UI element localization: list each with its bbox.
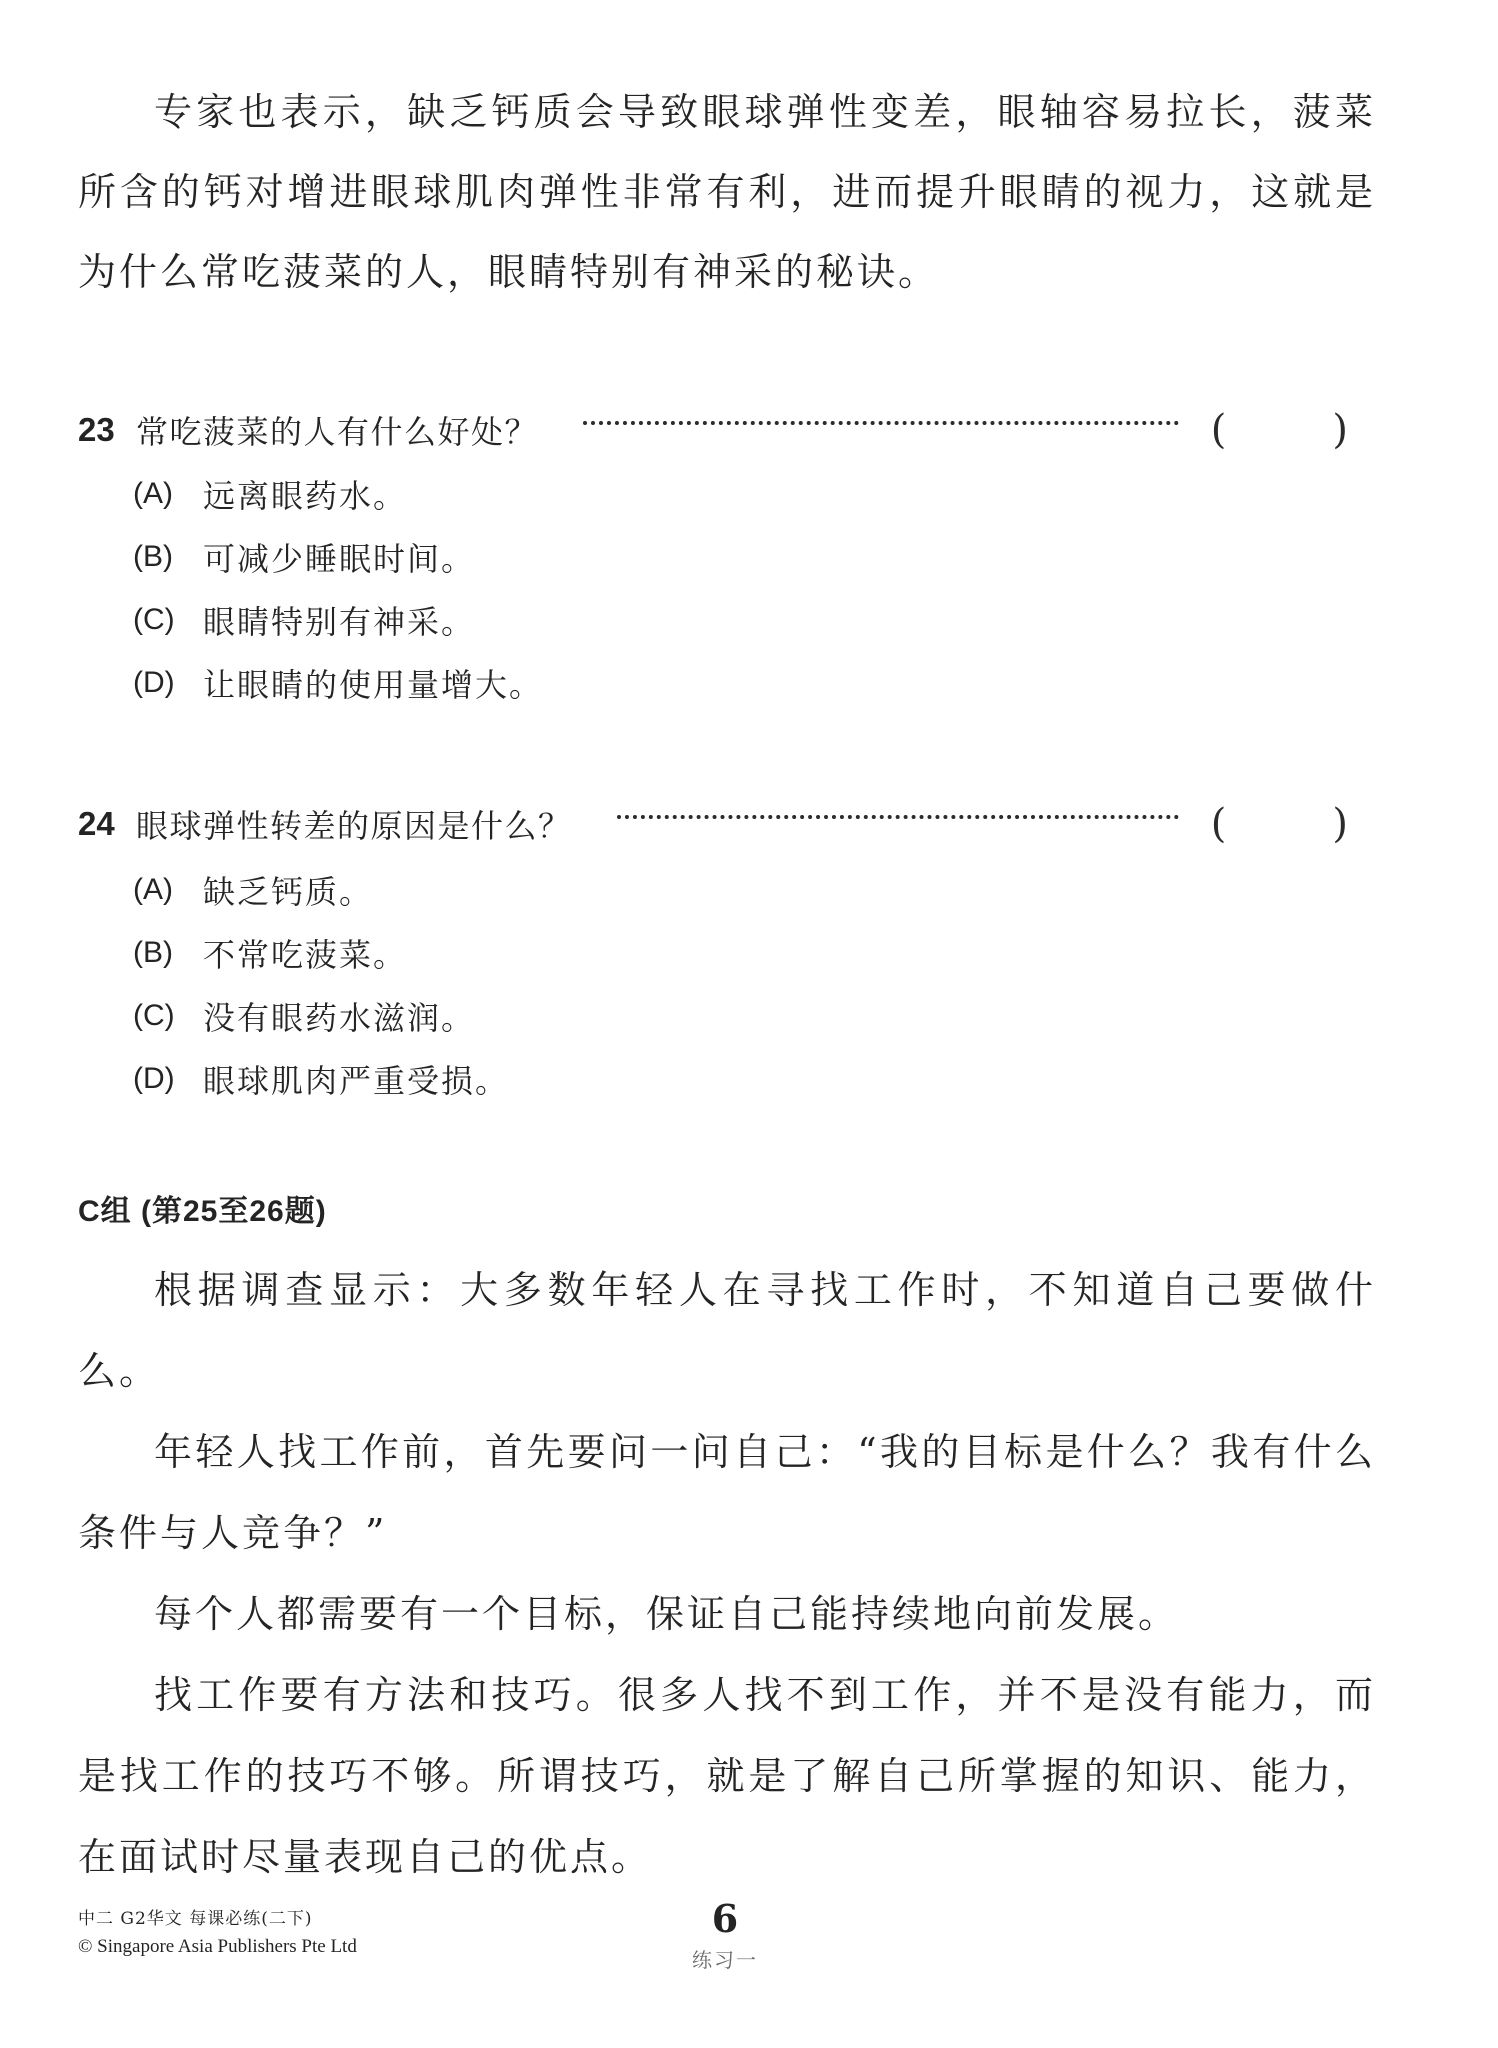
page-number: 6 <box>655 1900 795 1938</box>
section-paragraph: 每个人都需要有一个目标，保证自己能持续地向前发展。 <box>78 1574 1376 1655</box>
option-row: (A) 远离眼药水。 <box>133 462 1033 525</box>
footer-left: 中二 G2华文 每课必练(二下) © Singapore Asia Publis… <box>78 1908 357 1960</box>
option-text: 没有眼药水滋润。 <box>203 993 475 1039</box>
option-label: (A) <box>133 873 203 907</box>
option-label: (C) <box>133 603 203 637</box>
option-row: (B) 不常吃菠菜。 <box>133 921 1033 984</box>
question-23-options: (A) 远离眼药水。 (B) 可减少睡眠时间。 (C) 眼睛特别有神采。 (D)… <box>133 462 1033 714</box>
option-row: (D) 让眼睛的使用量增大。 <box>133 651 1033 714</box>
option-label: (B) <box>133 540 203 574</box>
question-text: 常吃菠菜的人有什么好处？ <box>136 407 538 453</box>
section-paragraph: 根据调查显示：大多数年轻人在寻找工作时，不知道自己要做什么。 <box>78 1250 1376 1412</box>
option-row: (C) 眼睛特别有神采。 <box>133 588 1033 651</box>
option-label: (D) <box>133 1062 203 1096</box>
answer-bracket-open: ( <box>1211 801 1227 847</box>
question-row-24: 24 眼球弹性转差的原因是什么？ ( ) <box>78 792 1376 856</box>
exercise-label: 练习一 <box>655 1944 795 1973</box>
question-24-options: (A) 缺乏钙质。 (B) 不常吃菠菜。 (C) 没有眼药水滋润。 (D) 眼球… <box>133 858 1033 1110</box>
question-row-23: 23 常吃菠菜的人有什么好处？ ( ) <box>78 398 1376 462</box>
dotted-leader <box>617 815 1179 819</box>
answer-bracket-open: ( <box>1211 407 1227 453</box>
option-row: (A) 缺乏钙质。 <box>133 858 1033 921</box>
section-paragraph: 年轻人找工作前，首先要问一问自己：“我的目标是什么？我有什么条件与人竞争？” <box>78 1412 1376 1574</box>
option-row: (D) 眼球肌肉严重受损。 <box>133 1047 1033 1110</box>
section-c-header: C组 (第25至26题) <box>78 1186 327 1230</box>
dotted-leader <box>583 421 1179 425</box>
section-c-passage: 根据调查显示：大多数年轻人在寻找工作时，不知道自己要做什么。 年轻人找工作前，首… <box>78 1250 1376 1898</box>
question-number: 23 <box>78 411 136 449</box>
option-text: 缺乏钙质。 <box>203 867 373 913</box>
option-row: (C) 没有眼药水滋润。 <box>133 984 1033 1047</box>
option-label: (B) <box>133 936 203 970</box>
option-text: 眼睛特别有神采。 <box>203 597 475 643</box>
question-text: 眼球弹性转差的原因是什么？ <box>136 801 572 847</box>
intro-paragraph: 专家也表示，缺乏钙质会导致眼球弹性变差，眼轴容易拉长，菠菜所含的钙对增进眼球肌肉… <box>78 72 1376 312</box>
answer-bracket-close: ) <box>1332 801 1348 847</box>
option-text: 让眼睛的使用量增大。 <box>203 660 543 706</box>
question-number: 24 <box>78 805 136 843</box>
answer-bracket-close: ) <box>1332 407 1348 453</box>
option-text: 可减少睡眠时间。 <box>203 534 475 580</box>
option-text: 远离眼药水。 <box>203 471 407 517</box>
footer-book-title: 中二 G2华文 每课必练(二下) <box>78 1908 357 1931</box>
option-text: 不常吃菠菜。 <box>203 930 407 976</box>
option-label: (D) <box>133 666 203 700</box>
option-row: (B) 可减少睡眠时间。 <box>133 525 1033 588</box>
option-text: 眼球肌肉严重受损。 <box>203 1056 509 1102</box>
option-label: (C) <box>133 999 203 1033</box>
section-paragraph: 找工作要有方法和技巧。很多人找不到工作，并不是没有能力，而是找工作的技巧不够。所… <box>78 1655 1376 1898</box>
option-label: (A) <box>133 477 203 511</box>
footer-center: 6 练习一 <box>655 1900 795 1973</box>
footer-copyright: © Singapore Asia Publishers Pte Ltd <box>78 1934 357 1960</box>
